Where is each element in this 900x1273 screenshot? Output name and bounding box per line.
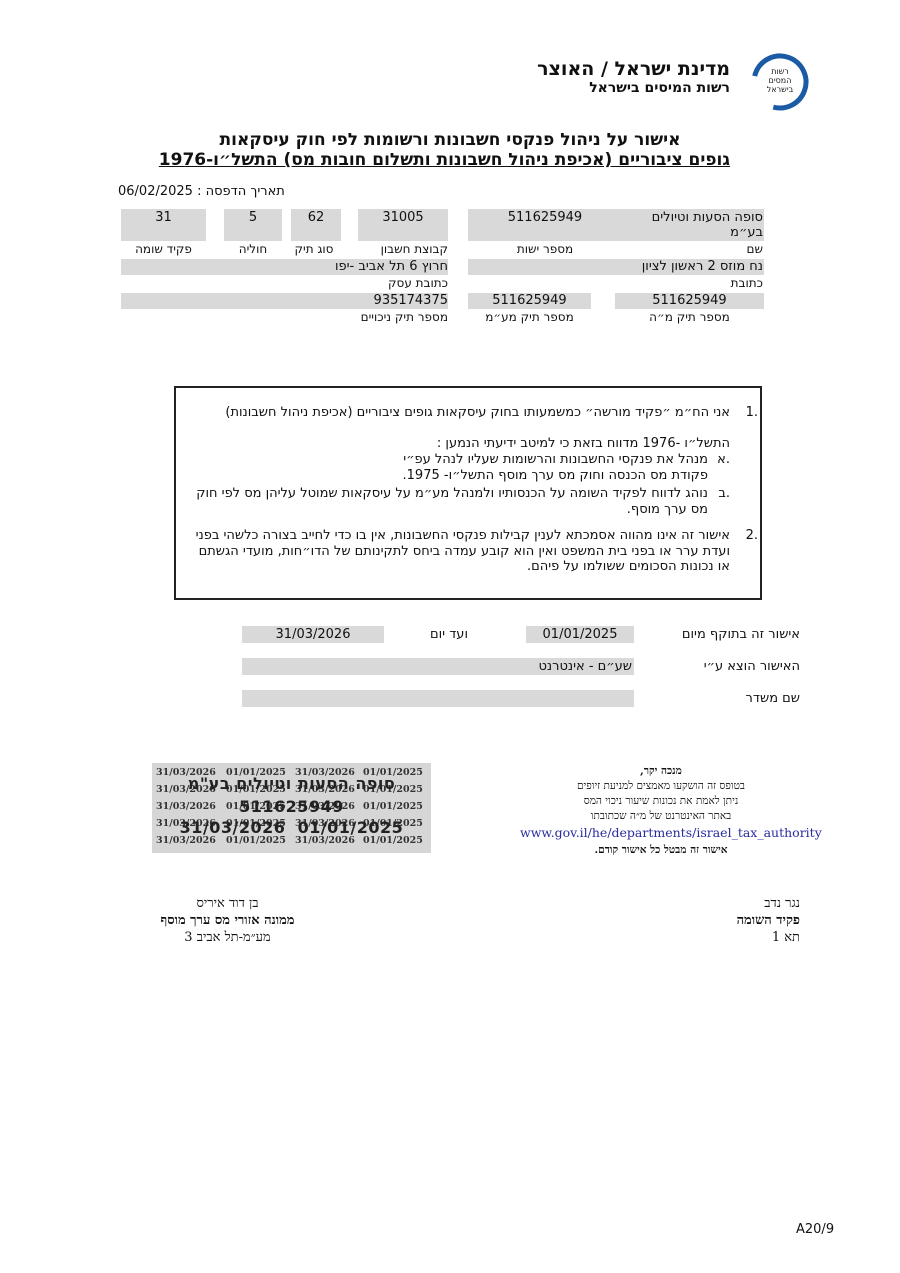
- notice-line-3: באתר האינטרנט של מ״ה שכתובתו: [520, 809, 802, 824]
- header-authority: רשות המיסים בישראל: [589, 80, 730, 96]
- item-1a-text: מנהל את פנקסי החשבונות והרשומות שעליו לנ…: [398, 452, 708, 483]
- assessing-officer-label: פקיד שומה: [121, 242, 206, 256]
- name-value: סופה הסעות וטיולים בע״מ: [635, 210, 763, 240]
- issued-by-value: שע״ם - אינטרנט: [538, 659, 632, 674]
- logo-text-3: בישראל: [764, 85, 796, 94]
- income-tax-file-value: 511625949: [615, 293, 764, 308]
- valid-to-value: 31/03/2026: [242, 627, 384, 642]
- division-label: חוליה: [224, 242, 282, 256]
- office-field: [242, 690, 634, 707]
- header-ministry: מדינת ישראל / האוצר: [537, 58, 730, 80]
- vat-file-value: 511625949: [468, 293, 591, 308]
- logo-text-1: רשות: [764, 67, 796, 76]
- valid-to-label: ועד יום: [430, 627, 468, 642]
- entity-number-label: מספר ישות: [500, 242, 590, 256]
- valid-from-label: אישור זה בתוקף מיום: [682, 627, 800, 642]
- item-2-text: אישור זה אינו מהווה אסמכתא לענין קבילות …: [185, 528, 730, 575]
- verification-url-link[interactable]: www.gov.il/he/departments/israel_tax_aut…: [520, 825, 822, 840]
- signature-left: בן דוד איריס ממונה אזורי מס ערך מוסף מע״…: [140, 895, 315, 946]
- signer-left-name: בן דוד איריס: [140, 895, 315, 912]
- notice-line-1: בטופס זה הושקעו מאמצים למניעת זיופים: [520, 779, 802, 794]
- issued-by-label: האישור הוצא ע״י: [704, 659, 800, 674]
- name-label: שם: [747, 242, 763, 256]
- anti-forgery-stamp: 31/03/202601/01/202531/03/202601/01/2025…: [152, 763, 431, 853]
- signer-left-title: ממונה אזורי מס ערך מוסף: [140, 912, 315, 929]
- signature-right: נגר נדב פקיד השומה תא 1: [737, 895, 800, 946]
- document-title: אישור על ניהול פנקסי חשבונות ורשומות לפי…: [0, 130, 900, 150]
- stamp-company: סופה הסעות וטיולים בע"מ: [152, 774, 431, 793]
- valid-from-value: 01/01/2025: [526, 627, 634, 642]
- business-address-label: כתובת עסק: [388, 276, 448, 290]
- form-code: A20/9: [796, 1222, 834, 1237]
- file-type-value: 62: [291, 210, 341, 225]
- signer-right-office: תא 1: [737, 929, 800, 946]
- entity-number-value: 511625949: [495, 210, 595, 225]
- item-1b-number: ב.: [718, 486, 730, 501]
- item-1-text-cont: התשל״ו -1976 מדווח בזאת כי למיטב ידיעתי …: [210, 436, 730, 452]
- account-group-value: 31005: [358, 210, 448, 225]
- vat-file-label: מספר תיק מע״מ: [468, 310, 591, 324]
- assessing-officer-value: 31: [121, 210, 206, 225]
- notice-footer: אישור זה מבטל כל אישור קודם.: [520, 843, 802, 858]
- deductions-file-label: מספר תיק ניכויים: [361, 310, 448, 324]
- address-value: נח מוזס 2 ראשון לציון: [642, 259, 763, 274]
- declaration-box: 1. אני הח״מ ״פקיד מורשה״ כמשמעותו בחוק ע…: [174, 386, 762, 600]
- address-label: כתובת: [731, 276, 763, 290]
- business-address-value: חרוץ 6 תל אביב -יפו: [335, 259, 448, 274]
- account-group-label: קבוצת חשבון: [381, 242, 448, 256]
- item-1-number: 1.: [746, 405, 758, 420]
- logo-text-2: המסים: [764, 76, 796, 85]
- item-1-text: אני הח״מ ״פקיד מורשה״ כמשמעותו בחוק עיסק…: [210, 405, 730, 421]
- stamp-dates: 31/03/2026 01/01/2025: [152, 818, 431, 837]
- office-label: שם משדר: [746, 691, 800, 706]
- verification-notice: מנכה יקר, בטופס זה הושקעו מאמצים למניעת …: [520, 764, 802, 858]
- notice-line-2: ניתן לאמת את נכונות שיעור ניכוי המס: [520, 794, 802, 809]
- deductions-file-value: 935174375: [374, 293, 448, 308]
- print-date: תאריך הדפסה : 06/02/2025: [118, 184, 285, 199]
- tax-authority-logo: רשות המסים בישראל: [750, 52, 810, 112]
- item-2-number: 2.: [746, 528, 758, 543]
- document-subtitle: גופים ציבוריים (אכיפת ניהול חשבונות ותשל…: [159, 150, 730, 170]
- stamp-number: 511625949: [152, 797, 431, 816]
- item-1a-number: א.: [717, 452, 730, 467]
- item-1b-text: נוהג לדווח לפקיד השומה על הכנסותיו ולמנה…: [188, 486, 708, 517]
- signer-left-office: מע״מ-תל אביב 3: [140, 929, 315, 946]
- income-tax-file-label: מספר תיק מ״ה: [615, 310, 764, 324]
- file-type-label: סוג תיק: [285, 242, 343, 256]
- notice-greeting: מנכה יקר,: [520, 764, 802, 779]
- division-value: 5: [224, 210, 282, 225]
- signer-right-title: פקיד השומה: [737, 912, 800, 929]
- signer-right-name: נגר נדב: [737, 895, 800, 912]
